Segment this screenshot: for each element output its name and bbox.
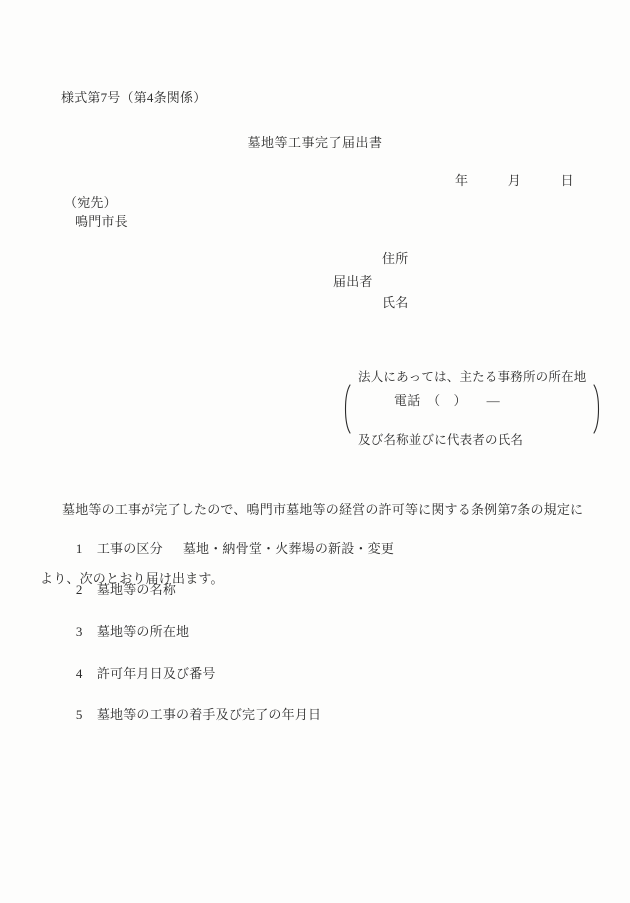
item-label: 墓地等の所在地 [97, 624, 189, 639]
item-number: 4 [76, 667, 84, 680]
right-bracket [593, 384, 602, 434]
item-label: 工事の区分 [97, 541, 163, 556]
applicant-role-label: 届出者 [333, 275, 373, 288]
item-value: 墓地・納骨堂・火葬場の新設・変更 [183, 541, 394, 556]
item-label: 許可年月日及び番号 [97, 666, 216, 681]
item-number: 3 [76, 625, 84, 638]
item-label: 墓地等の工事の着手及び完了の年月日 [97, 707, 321, 722]
list-item-construction-start-end-dates: 5墓地等の工事の着手及び完了の年月日 [62, 695, 321, 734]
form-number: 様式第7号（第4条関係） [61, 91, 206, 104]
date-blank-line: 年 月 日 [455, 174, 574, 187]
recipient-prefix: （宛先） [64, 196, 117, 209]
document-page: 様式第7号（第4条関係） 墓地等工事完了届出書 年 月 日 （宛先） 鳴門市長 … [0, 0, 630, 903]
name-label: 氏名 [382, 296, 408, 309]
recipient-name: 鳴門市長 [75, 215, 128, 228]
item-label: 墓地等の名称 [97, 582, 176, 597]
body-line-1: 墓地等の工事が完了したので、鳴門市墓地等の経営の許可等に関する条例第7条の規定に [40, 498, 600, 521]
item-number: 1 [76, 542, 84, 555]
list-item-permit-date-number: 4許可年月日及び番号 [62, 654, 216, 693]
corporate-note-line-1: 法人にあっては、主たる事務所の所在地 [358, 367, 586, 388]
address-label: 住所 [382, 252, 408, 265]
list-item-construction-category: 1工事の区分墓地・納骨堂・火葬場の新設・変更 [62, 529, 394, 568]
left-bracket [342, 384, 351, 434]
list-item-cemetery-location: 3墓地等の所在地 [62, 612, 189, 651]
item-number: 2 [76, 583, 84, 596]
document-title: 墓地等工事完了届出書 [0, 136, 630, 149]
phone-blank-line: 電話 （ ） ― [394, 394, 500, 407]
item-number: 5 [76, 708, 84, 721]
list-item-cemetery-name: 2墓地等の名称 [62, 570, 176, 609]
corporate-note-line-2: 及び名称並びに代表者の氏名 [358, 430, 586, 451]
